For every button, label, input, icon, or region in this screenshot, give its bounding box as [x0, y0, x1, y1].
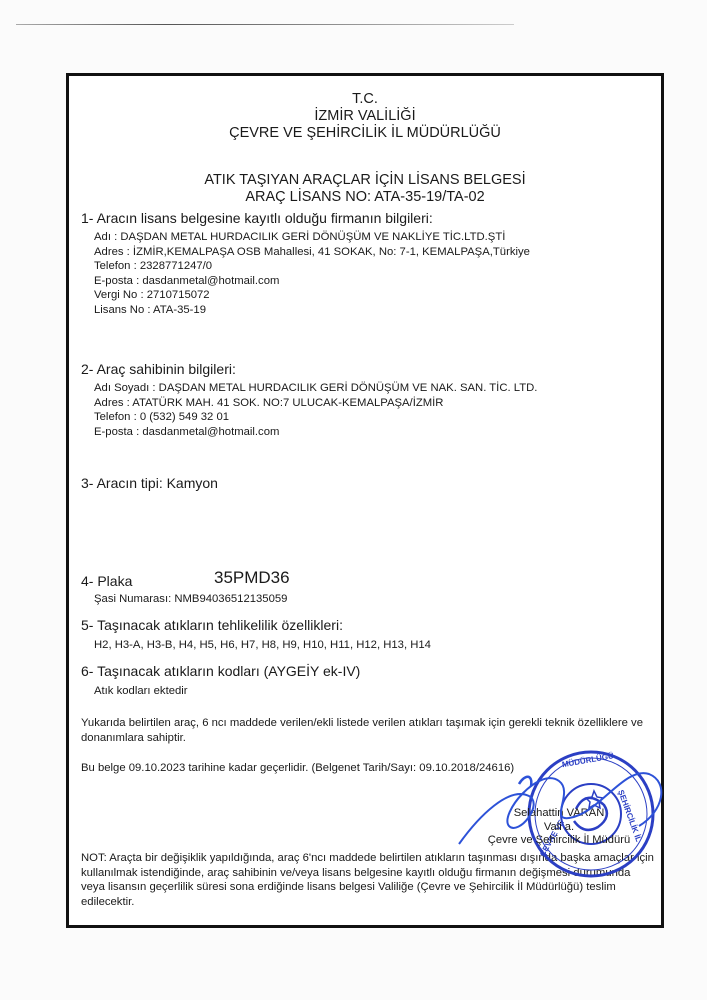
owner-name: Adı Soyadı : DAŞDAN METAL HURDACILIK GER… [94, 381, 651, 396]
issuer-header: T.C. İZMİR VALİLİĞİ ÇEVRE VE ŞEHİRCİLİK … [69, 91, 661, 142]
statement-paragraph: Yukarıda belirtilen araç, 6 ncı maddede … [81, 716, 653, 745]
signature-block: Selahattin VARAN Vali a. Çevre ve Şehirc… [469, 807, 649, 848]
license-document: T.C. İZMİR VALİLİĞİ ÇEVRE VE ŞEHİRCİLİK … [66, 73, 664, 928]
document-title-block: ATIK TAŞIYAN ARAÇLAR İÇİN LİSANS BELGESİ… [69, 172, 661, 206]
firm-tax-no: Vergi No : 2710715072 [94, 288, 651, 303]
hazard-codes: H2, H3-A, H3-B, H4, H5, H6, H7, H8, H9, … [94, 638, 651, 653]
signatory-name: Selahattin VARAN [469, 807, 649, 821]
section-1-title: 1- Aracın lisans belgesine kayıtlı olduğ… [81, 210, 651, 227]
header-tc: T.C. [69, 91, 661, 108]
license-number: ARAÇ LİSANS NO: ATA-35-19/TA-02 [69, 189, 661, 206]
section-2-title: 2- Araç sahibinin bilgileri: [81, 361, 651, 378]
plate-number: 35PMD36 [214, 569, 290, 586]
signatory-title: Çevre ve Şehircilik İl Müdürü [469, 834, 649, 848]
section-owner-info: 2- Araç sahibinin bilgileri: Adı Soyadı … [81, 361, 651, 439]
chassis-number: Şasi Numarası: NMB94036512135059 [94, 592, 651, 607]
owner-address: Adres : ATATÜRK MAH. 41 SOK. NO:7 ULUCAK… [94, 396, 651, 411]
owner-email: E-posta : dasdanmetal@hotmail.com [94, 425, 651, 440]
firm-phone: Telefon : 2328771247/0 [94, 259, 651, 274]
firm-license-no: Lisans No : ATA-35-19 [94, 303, 651, 318]
section-vehicle-type: 3- Aracın tipi: Kamyon [81, 475, 651, 492]
owner-phone: Telefon : 0 (532) 549 32 01 [94, 410, 651, 425]
firm-address: Adres : İZMİR,KEMALPAŞA OSB Mahallesi, 4… [94, 245, 651, 260]
header-directorate: ÇEVRE VE ŞEHİRCİLİK İL MÜDÜRLÜĞÜ [69, 125, 661, 142]
document-title: ATIK TAŞIYAN ARAÇLAR İÇİN LİSANS BELGESİ [69, 172, 661, 189]
validity-paragraph: Bu belge 09.10.2023 tarihine kadar geçer… [81, 761, 653, 776]
firm-email: E-posta : dasdanmetal@hotmail.com [94, 274, 651, 289]
section-waste-codes: 6- Taşınacak atıkların kodları (AYGEİY e… [81, 663, 651, 699]
scan-artifact-line [16, 24, 514, 25]
note-paragraph: NOT: Araçta bir değişiklik yapıldığında,… [81, 851, 657, 909]
header-governorship: İZMİR VALİLİĞİ [69, 108, 661, 125]
section-6-title: 6- Taşınacak atıkların kodları (AYGEİY e… [81, 663, 651, 680]
section-5-title: 5- Taşınacak atıkların tehlikelilik özel… [81, 617, 651, 634]
vehicle-type: 3- Aracın tipi: Kamyon [81, 475, 651, 492]
waste-codes-note: Atık kodları ektedir [94, 684, 651, 699]
section-firm-info: 1- Aracın lisans belgesine kayıtlı olduğ… [81, 210, 651, 317]
firm-name: Adı : DAŞDAN METAL HURDACILIK GERİ DÖNÜŞ… [94, 230, 651, 245]
signatory-role: Vali a. [469, 821, 649, 835]
section-plate: 4- Plaka 35PMD36 Şasi Numarası: NMB94036… [81, 573, 651, 607]
plate-label: 4- Plaka [81, 573, 132, 589]
section-hazard-properties: 5- Taşınacak atıkların tehlikelilik özel… [81, 617, 651, 653]
